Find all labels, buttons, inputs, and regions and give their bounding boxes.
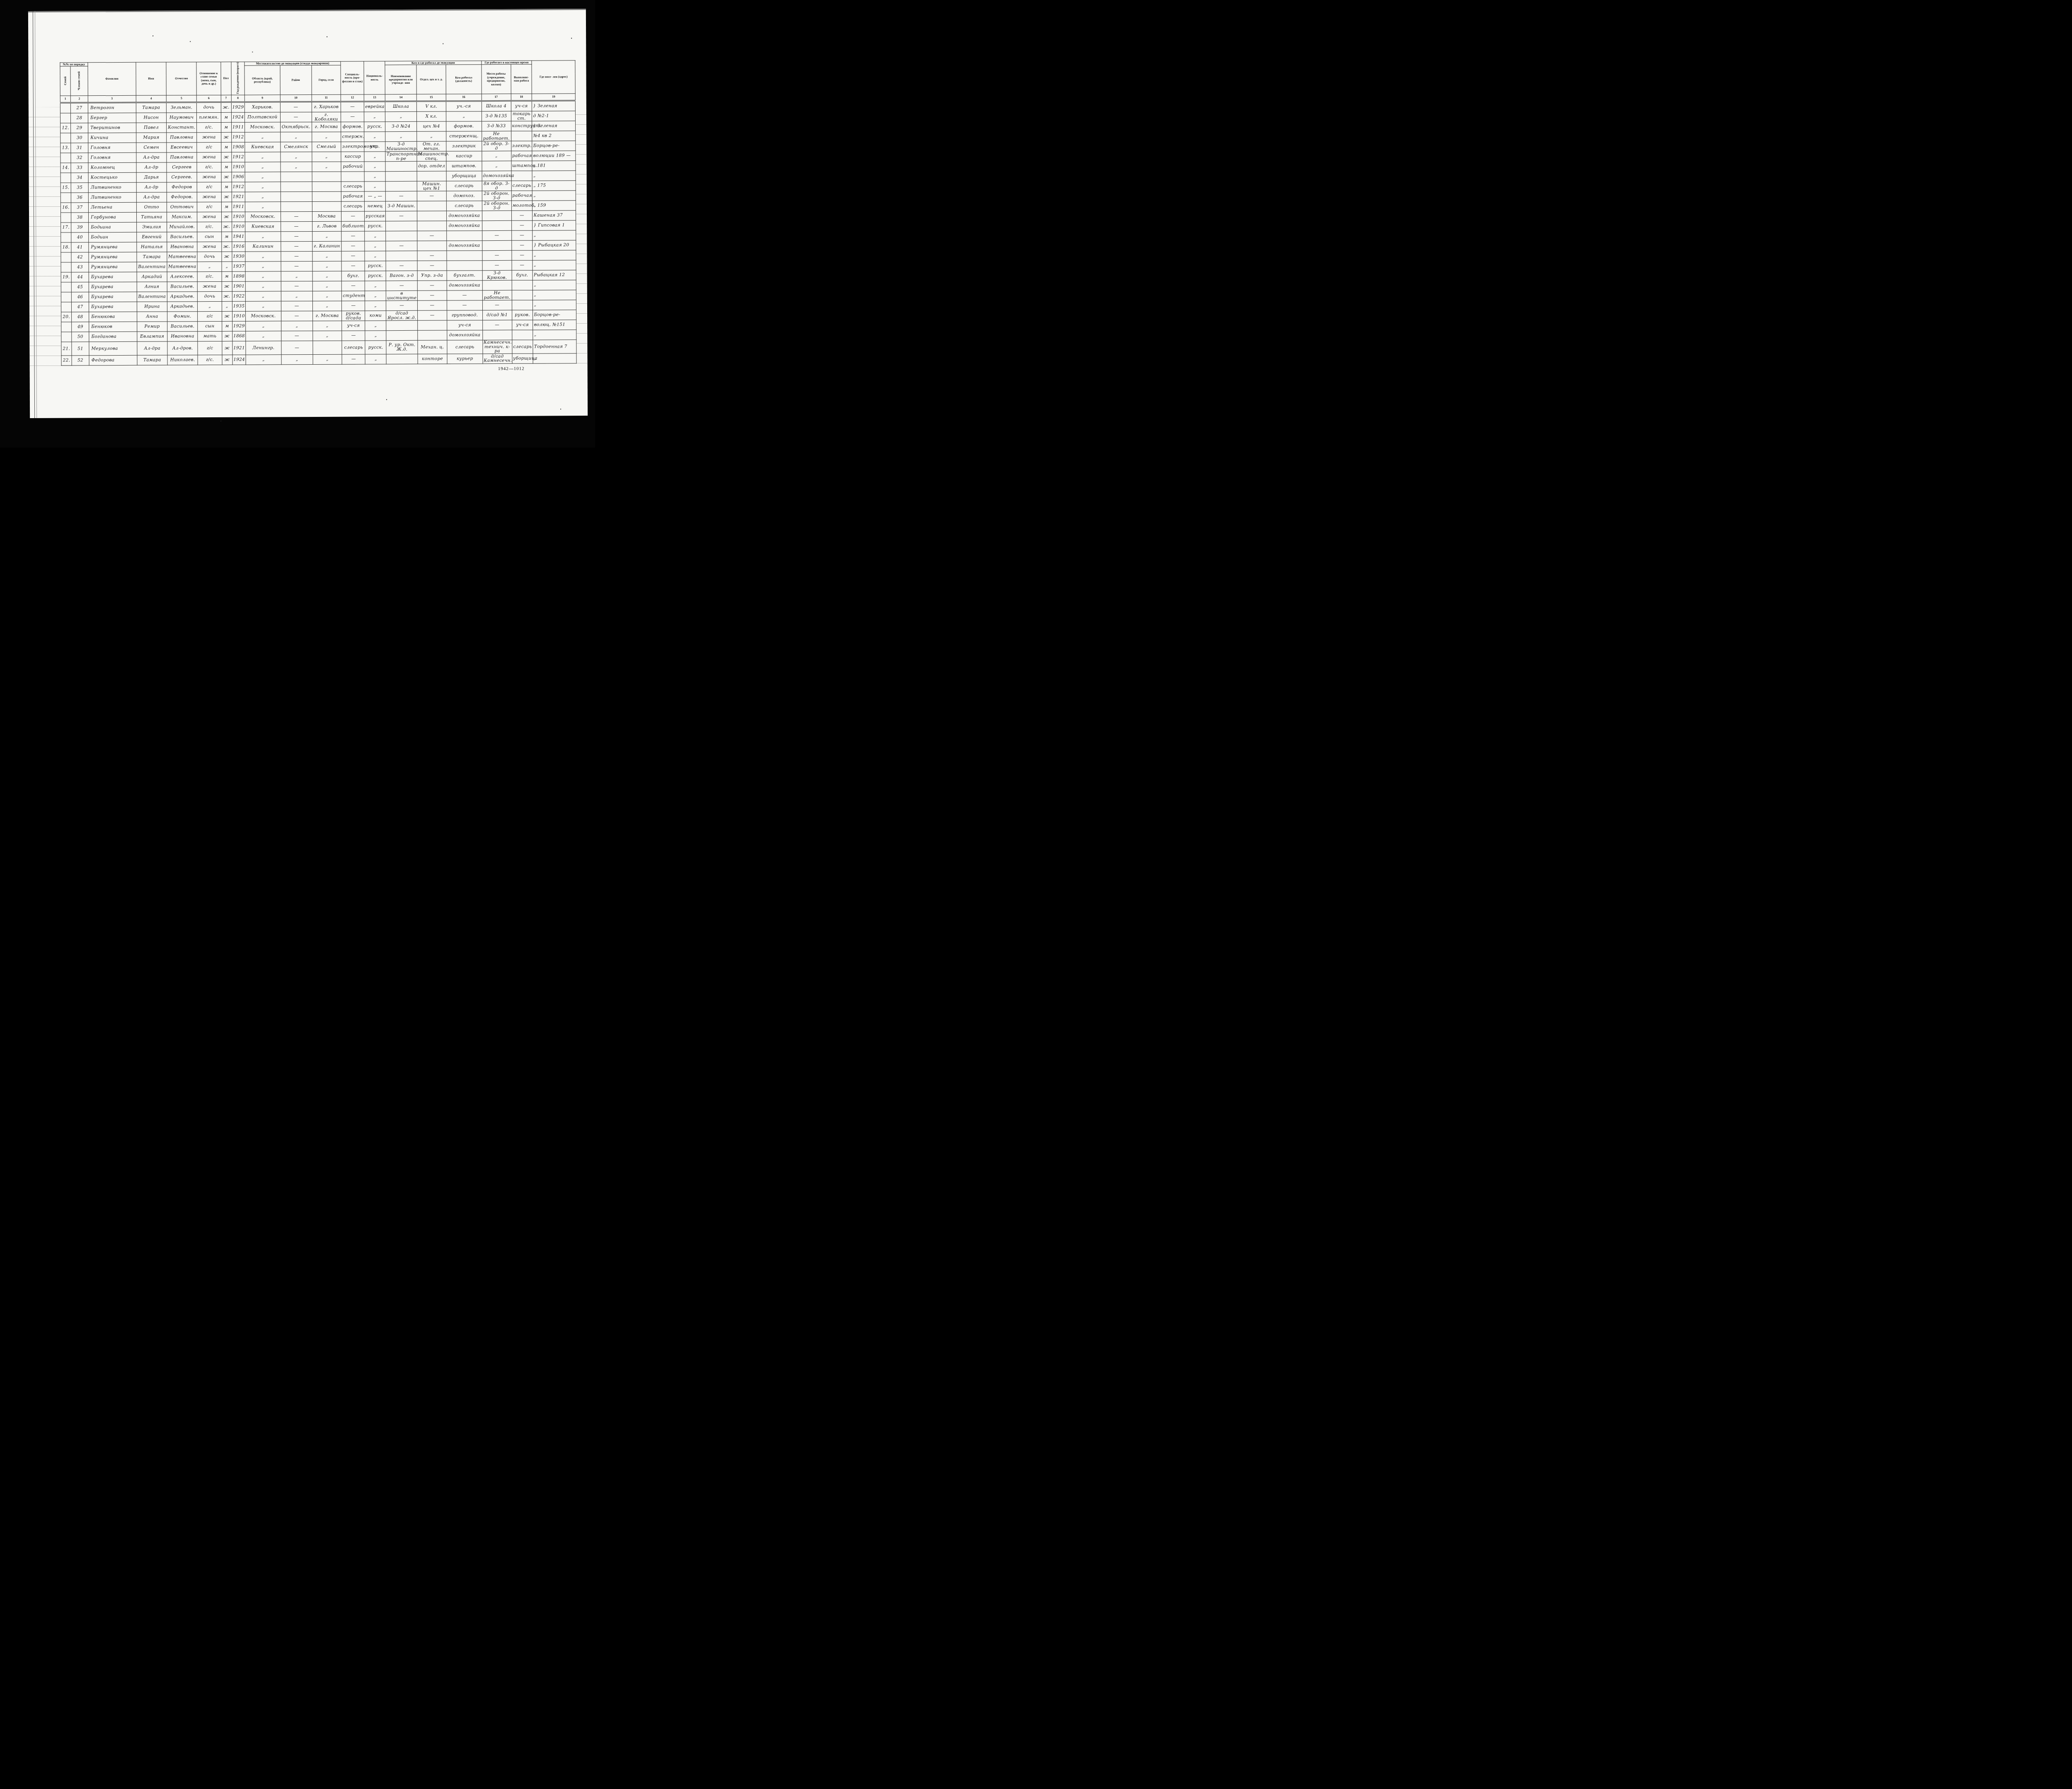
cell-pos: домохозяйка bbox=[447, 330, 483, 340]
cell-name: Тамара bbox=[136, 102, 166, 113]
cell-place: „ bbox=[482, 151, 511, 161]
cell-sex: ж bbox=[221, 212, 232, 222]
cell-place: домохозяйка bbox=[482, 171, 511, 181]
evacuation-register-table: №№ по порядку Фамилия Имя Отчество Отнош… bbox=[60, 60, 576, 366]
cell-nat: русск. bbox=[364, 122, 385, 132]
cell-place: „ bbox=[482, 161, 511, 171]
cell-patr: Матвеевна bbox=[167, 262, 197, 272]
cell-fam: 17. bbox=[61, 223, 71, 232]
cell-patr: Констант. bbox=[167, 123, 197, 133]
cell-obl: „ bbox=[245, 281, 281, 291]
cell-city: „ bbox=[312, 132, 341, 142]
cell-num: 50 bbox=[72, 332, 89, 342]
cell-num: 34 bbox=[71, 173, 88, 183]
column-number: 3 bbox=[88, 95, 136, 103]
column-number: 6 bbox=[197, 95, 221, 102]
cell-year: 1910 bbox=[232, 212, 245, 222]
cell-name: Ал-др bbox=[136, 162, 167, 172]
cell-rel: г/с bbox=[198, 341, 222, 355]
header-relation: Отношение к главе семьи (жена, сын, дочь… bbox=[196, 62, 221, 95]
cell-sex: м bbox=[221, 202, 232, 212]
cell-num: 37 bbox=[71, 203, 88, 213]
cell-nat: коми bbox=[365, 311, 386, 321]
cell-num: 48 bbox=[71, 312, 89, 322]
cell-year: 1911 bbox=[231, 122, 244, 132]
cell-obl: Полтавской bbox=[244, 112, 280, 122]
cell-raion: — bbox=[281, 232, 312, 242]
cell-obl: Ленингр. bbox=[246, 341, 281, 355]
cell-job: токарь ст. bbox=[511, 111, 532, 121]
cell-city: г. Львов bbox=[312, 221, 341, 231]
cell-spec: электромонт. bbox=[341, 142, 364, 152]
cell-obl: Калинин bbox=[245, 242, 281, 252]
cell-year: 1922 bbox=[232, 291, 245, 301]
cell-spec: библиот. bbox=[341, 221, 365, 231]
cell-rel: г/с bbox=[197, 143, 221, 153]
cell-city: „ bbox=[312, 162, 341, 172]
cell-place: — bbox=[482, 230, 511, 240]
cell-year: 1935 bbox=[232, 301, 245, 311]
cell-nat: „ bbox=[365, 251, 386, 261]
table-header: №№ по порядку Фамилия Имя Отчество Отнош… bbox=[60, 61, 575, 103]
cell-spec: — bbox=[341, 261, 365, 271]
cell-raion: „ bbox=[281, 354, 313, 364]
cell-city: г. Калинин bbox=[312, 241, 341, 251]
cell-rel: мать bbox=[198, 332, 222, 341]
cell-patr: Оттович bbox=[167, 202, 197, 212]
cell-addr: Тордоенная 7 bbox=[533, 340, 576, 353]
cell-nat: русск. bbox=[365, 261, 386, 271]
cell-patr: Михайлов. bbox=[167, 222, 197, 232]
cell-name: Ремир bbox=[137, 322, 167, 332]
cell-num: 30 bbox=[71, 133, 88, 143]
cell-dept: Механ. ц. bbox=[418, 340, 447, 354]
cell-sex: м bbox=[221, 182, 232, 192]
cell-ent bbox=[385, 171, 417, 181]
cell-spec: студент bbox=[342, 291, 365, 301]
cell-fam bbox=[61, 232, 71, 242]
cell-pos bbox=[447, 261, 482, 271]
cell-job: слесарь bbox=[511, 181, 533, 191]
cell-fam bbox=[60, 113, 70, 123]
cell-pos: электрик bbox=[446, 141, 482, 151]
cell-rel: г/с. bbox=[197, 272, 222, 282]
cell-pos: „ bbox=[446, 111, 482, 121]
cell-raion: „ bbox=[281, 291, 312, 301]
cell-ent: в институте bbox=[386, 291, 418, 300]
cell-dept: Упр. з-да bbox=[417, 271, 447, 281]
cell-rel: жена bbox=[197, 172, 221, 182]
cell-nat: еврейка bbox=[364, 102, 385, 112]
cell-sex: м bbox=[221, 122, 231, 132]
cell-fam: 21. bbox=[61, 342, 72, 356]
cell-place: — bbox=[482, 320, 512, 330]
cell-ent bbox=[386, 354, 418, 364]
cell-num: 36 bbox=[71, 193, 88, 203]
cell-raion: — bbox=[281, 281, 312, 291]
cell-ent: — bbox=[386, 211, 417, 221]
cell-name: Отто bbox=[136, 202, 167, 212]
cell-obl: „ bbox=[245, 132, 281, 142]
cell-sex: м bbox=[221, 142, 232, 152]
column-number: 16 bbox=[446, 94, 482, 101]
cell-surname: Богданова bbox=[89, 332, 137, 342]
cell-patr: Павловна bbox=[167, 153, 197, 162]
cell-patr: Зельман. bbox=[166, 102, 196, 113]
cell-nat: „ bbox=[365, 291, 386, 301]
cell-nat: русск. bbox=[365, 341, 386, 354]
column-number: 12 bbox=[341, 94, 364, 102]
cell-place: д/сад №1 bbox=[482, 310, 512, 320]
cell-nat: — „ — bbox=[365, 191, 386, 201]
cell-job: уборщица bbox=[512, 353, 533, 363]
cell-ent: — bbox=[386, 241, 417, 251]
cell-rel: жена bbox=[197, 242, 222, 252]
cell-job: молотоб. bbox=[511, 201, 533, 211]
cell-year: 1921 bbox=[232, 341, 245, 355]
cell-obl: „ bbox=[245, 162, 281, 172]
cell-year: 1898 bbox=[232, 271, 245, 281]
cell-raion: — bbox=[281, 222, 312, 232]
cell-name: Валентина bbox=[137, 292, 167, 302]
cell-job: уч-ся bbox=[512, 320, 533, 330]
cell-nat: „ bbox=[365, 281, 386, 291]
cell-addr: волюции 189 — bbox=[532, 151, 576, 161]
cell-name: Дарья bbox=[136, 172, 167, 182]
cell-num: 45 bbox=[71, 282, 89, 292]
cell-addr: } Зеленая bbox=[532, 121, 576, 131]
cell-dept bbox=[417, 221, 447, 231]
cell-sex: ж bbox=[221, 152, 232, 162]
cell-rel: г/с bbox=[198, 312, 222, 322]
cell-name: Тамара bbox=[137, 252, 167, 262]
cell-num: 52 bbox=[72, 355, 89, 365]
cell-ent: Вагон. з-д bbox=[386, 271, 417, 281]
cell-spec: бухг. bbox=[341, 271, 365, 281]
cell-sex: ж bbox=[222, 341, 232, 355]
cell-rel: жена bbox=[197, 153, 221, 162]
cell-num: 46 bbox=[71, 292, 89, 302]
cell-sex: ж bbox=[222, 281, 232, 291]
cell-dept: Машиностр. спец. bbox=[417, 151, 446, 161]
cell-name: Наталья bbox=[137, 242, 167, 252]
cell-fam: 13. bbox=[61, 143, 71, 153]
cell-patr: Максим. bbox=[167, 212, 197, 222]
cell-city: „ bbox=[312, 291, 342, 301]
cell-surname: Румянцева bbox=[89, 252, 137, 262]
cell-year: 1911 bbox=[232, 202, 245, 212]
cell-pos: — bbox=[447, 291, 482, 300]
cell-obl: Московск. bbox=[245, 212, 281, 222]
cell-job: — bbox=[511, 260, 533, 270]
cell-fam bbox=[61, 262, 71, 272]
cell-place: Школа 4 bbox=[482, 101, 511, 111]
cell-obl: Киевская bbox=[245, 142, 281, 152]
cell-job bbox=[512, 300, 533, 310]
cell-sex: ж bbox=[221, 192, 232, 202]
header-name: Имя bbox=[136, 62, 167, 95]
cell-spec: — bbox=[341, 112, 364, 122]
cell-spec: — bbox=[342, 301, 365, 311]
cell-city: „ bbox=[312, 261, 342, 271]
cell-place: — bbox=[482, 260, 512, 270]
cell-dept: — bbox=[417, 191, 446, 201]
cell-dept: V кл. bbox=[416, 101, 446, 111]
cell-surname: Бухарева bbox=[89, 282, 137, 292]
cell-raion bbox=[281, 192, 312, 202]
cell-job: бухг. bbox=[512, 270, 533, 280]
cell-name: Татьяна bbox=[136, 212, 167, 222]
cell-ent: З-д Машин. bbox=[386, 201, 417, 211]
cell-surname: Федорова bbox=[89, 355, 137, 366]
table-row: 21.51МеркуловаАл-драАл-дров.г/сж1921Лени… bbox=[61, 340, 576, 356]
cell-patr: Сергеев bbox=[167, 162, 197, 172]
header-member-no: Членов семей bbox=[70, 66, 88, 96]
cell-patr: Федоров. bbox=[167, 192, 197, 202]
cell-name: Евгений bbox=[136, 232, 167, 242]
cell-ent: — bbox=[386, 261, 417, 271]
cell-surname: Кичина bbox=[88, 133, 136, 143]
cell-place bbox=[482, 280, 512, 290]
cell-sex: ж bbox=[222, 331, 232, 341]
cell-city: Смелый bbox=[312, 142, 341, 152]
cell-place: 8я обор. З-д bbox=[482, 181, 511, 191]
cell-surname: Бодьин bbox=[89, 232, 137, 242]
cell-raion: Смелянск bbox=[280, 142, 312, 152]
cell-city: „ bbox=[312, 271, 342, 281]
cell-obl: „ bbox=[246, 354, 281, 364]
cell-job bbox=[512, 330, 533, 340]
cell-spec: слесарь bbox=[342, 341, 365, 354]
cell-spec: — bbox=[341, 251, 365, 261]
cell-addr: волюц. №151 bbox=[533, 320, 576, 330]
cell-fam bbox=[60, 103, 70, 113]
cell-patr: Васильев. bbox=[167, 322, 198, 332]
cell-sex: м bbox=[221, 162, 232, 172]
cell-city: „ bbox=[312, 281, 342, 291]
cell-raion bbox=[281, 182, 312, 192]
cell-year: 1930 bbox=[232, 252, 245, 261]
cell-num: 29 bbox=[70, 123, 88, 133]
cell-num: 27 bbox=[70, 103, 88, 113]
column-number: 5 bbox=[166, 95, 196, 102]
cell-raion: „ bbox=[281, 162, 312, 172]
cell-sex: ж bbox=[221, 132, 231, 142]
cell-pos: домохоз. bbox=[446, 191, 482, 201]
cell-name: Евлампия bbox=[137, 332, 167, 341]
cell-rel: жена bbox=[198, 282, 222, 292]
cell-year: 1929 bbox=[232, 321, 245, 331]
cell-patr: Федоров bbox=[167, 182, 197, 192]
cell-place: З-д №33 bbox=[482, 121, 511, 131]
cell-job bbox=[511, 171, 533, 181]
cell-surname: Головня bbox=[88, 153, 136, 163]
cell-name: Тамара bbox=[137, 355, 167, 365]
header-surname: Фамилия bbox=[88, 62, 136, 96]
cell-nat: „ bbox=[365, 231, 386, 241]
cell-city bbox=[312, 182, 341, 191]
column-number: 13 bbox=[364, 94, 385, 102]
cell-patr: Матвеевна bbox=[167, 252, 197, 262]
cell-fam bbox=[61, 153, 71, 163]
cell-fam bbox=[61, 322, 72, 332]
cell-surname: Коломнец bbox=[88, 162, 136, 173]
cell-num: 33 bbox=[71, 163, 88, 173]
cell-job: — bbox=[511, 230, 533, 240]
cell-pos: кассир bbox=[446, 151, 482, 161]
cell-job: — bbox=[511, 211, 533, 220]
column-number: 19 bbox=[532, 94, 576, 101]
cell-addr: „ bbox=[533, 330, 576, 340]
cell-obl: „ bbox=[245, 271, 281, 281]
cell-dept: — bbox=[417, 261, 447, 271]
cell-job: уч-ся bbox=[511, 101, 532, 111]
cell-job bbox=[511, 131, 532, 141]
table-row: 22.52ФедороваТамараНиколаев.г/с.ж1924„„„… bbox=[61, 353, 576, 365]
cell-num: 47 bbox=[71, 302, 89, 312]
cell-obl: „ bbox=[246, 331, 281, 341]
column-number: 11 bbox=[312, 94, 341, 102]
header-oblast: Область (край, республика) bbox=[244, 65, 280, 95]
cell-ent bbox=[386, 251, 417, 261]
cell-pos bbox=[447, 251, 482, 261]
cell-surname: Летьена bbox=[88, 202, 136, 213]
cell-obl: „ bbox=[245, 252, 281, 261]
cell-pos: домохозяйка bbox=[446, 221, 482, 231]
cell-city: г. Коболяки bbox=[312, 112, 341, 122]
cell-dept: „ bbox=[417, 131, 446, 141]
cell-nat: русск. bbox=[365, 271, 386, 281]
cell-rel: сын bbox=[198, 322, 222, 332]
cell-nat: „ bbox=[365, 331, 386, 341]
cell-city bbox=[312, 201, 341, 211]
cell-dept bbox=[418, 330, 447, 340]
cell-place: — bbox=[482, 300, 512, 310]
cell-place: Камнесечн. технич. к-ра bbox=[482, 340, 512, 353]
cell-dept: дор. отдел bbox=[417, 161, 446, 171]
cell-nat: „ bbox=[364, 112, 385, 122]
cell-pos: слесарь bbox=[446, 181, 482, 191]
cell-job bbox=[512, 280, 533, 290]
cell-spec: уч-ся bbox=[342, 321, 365, 331]
cell-surname: Румянцева bbox=[89, 262, 137, 272]
cell-patr: Ивановна bbox=[167, 332, 198, 341]
column-number: 4 bbox=[136, 95, 166, 102]
cell-patr: Евсеевич bbox=[167, 143, 197, 153]
cell-dept: — bbox=[417, 291, 447, 300]
header-residence-group: Местожительство до эвакуации (сткуда эва… bbox=[244, 61, 341, 65]
cell-pos: — bbox=[447, 300, 482, 310]
cell-surname: Бухарева bbox=[89, 272, 137, 282]
cell-place: З-д Крюков. bbox=[482, 270, 512, 280]
cell-raion: — bbox=[281, 311, 312, 321]
cell-sex: ж bbox=[222, 311, 232, 321]
cell-num: 28 bbox=[70, 113, 88, 123]
cell-job: руков. bbox=[512, 310, 533, 320]
cell-fam bbox=[61, 173, 71, 183]
cell-raion: — bbox=[280, 112, 312, 122]
cell-year: 1868 bbox=[232, 331, 245, 341]
cell-surname: Бухарева bbox=[89, 292, 137, 302]
cell-city: „ bbox=[312, 152, 341, 162]
cell-rel: „ bbox=[197, 262, 222, 272]
cell-job: рабочая bbox=[511, 151, 532, 161]
cell-obl: „ bbox=[245, 192, 281, 202]
cell-ent: З-д №24 bbox=[385, 121, 417, 131]
cell-addr: „ bbox=[533, 191, 576, 201]
column-number: 8 bbox=[231, 95, 244, 102]
cell-name: Ал-дра bbox=[136, 192, 167, 202]
cell-fam bbox=[61, 213, 71, 223]
cell-surname: Бодьина bbox=[89, 222, 137, 232]
cell-obl: „ bbox=[245, 152, 281, 162]
cell-rel: г/с bbox=[197, 202, 222, 212]
cell-nat: „ bbox=[365, 354, 386, 364]
cell-dept: — bbox=[417, 231, 447, 241]
cell-obl: Киевская bbox=[245, 222, 281, 232]
cell-surname: Бергер bbox=[88, 113, 136, 123]
cell-nat: русская bbox=[365, 211, 386, 221]
cell-name: Нисон bbox=[136, 113, 166, 123]
cell-place: Не работает. bbox=[482, 131, 511, 141]
cell-obl: „ bbox=[245, 232, 281, 242]
cell-year: 1910 bbox=[232, 311, 245, 321]
cell-nat: „ bbox=[364, 182, 385, 191]
cell-addr: Кашеная 37 bbox=[533, 211, 576, 220]
cell-sex: ж. bbox=[222, 291, 232, 301]
cell-spec: кассир bbox=[341, 152, 364, 162]
cell-nat: „ bbox=[364, 172, 385, 182]
cell-dept: — bbox=[417, 281, 447, 291]
cell-ent: — bbox=[386, 191, 417, 201]
cell-dept: Машин. цех №1 bbox=[417, 181, 446, 191]
cell-surname: Ветрогон bbox=[88, 102, 136, 113]
cell-raion bbox=[281, 202, 312, 212]
cell-raion: „ bbox=[281, 271, 312, 281]
cell-year: 1941 bbox=[232, 232, 245, 242]
cell-rel: г/с. bbox=[197, 162, 221, 172]
cell-spec: руков. д/сада bbox=[342, 311, 365, 321]
column-number: 7 bbox=[221, 95, 231, 102]
cell-job: рабочая bbox=[511, 191, 533, 201]
cell-patr: Ал-дров. bbox=[167, 341, 198, 355]
header-nationality: Националь- ность bbox=[364, 61, 385, 94]
cell-obl: „ bbox=[245, 301, 281, 311]
cell-city: „ bbox=[312, 331, 342, 341]
cell-place: Не работает. bbox=[482, 290, 512, 300]
cell-patr: Павловна bbox=[167, 133, 197, 143]
cell-year: 1908 bbox=[231, 142, 244, 152]
cell-city: „ bbox=[312, 231, 341, 241]
cell-dept: — bbox=[418, 310, 447, 320]
cell-addr: „ bbox=[533, 280, 576, 290]
header-dept: Отдел. цех и т. д. bbox=[416, 65, 446, 94]
cell-place: 2й оборон. З-д bbox=[482, 191, 511, 201]
cell-fam bbox=[61, 302, 71, 312]
cell-pos: стерженщ. bbox=[446, 131, 482, 141]
header-birth: Год рождения (возраст) bbox=[231, 62, 245, 95]
cell-addr: „ bbox=[533, 300, 576, 310]
cell-raion bbox=[281, 172, 312, 182]
cell-fam: 14. bbox=[61, 163, 71, 173]
cell-place bbox=[482, 211, 511, 220]
cell-addr: „ bbox=[533, 250, 576, 260]
table-body: 27ВетрогонТамараЗельман.дочьж.1929Харько… bbox=[60, 101, 576, 366]
cell-surname: Литвиненко bbox=[88, 192, 136, 203]
cell-surname: Литвиненко bbox=[88, 182, 136, 193]
cell-num: 49 bbox=[71, 322, 89, 332]
cell-spec bbox=[341, 172, 364, 182]
